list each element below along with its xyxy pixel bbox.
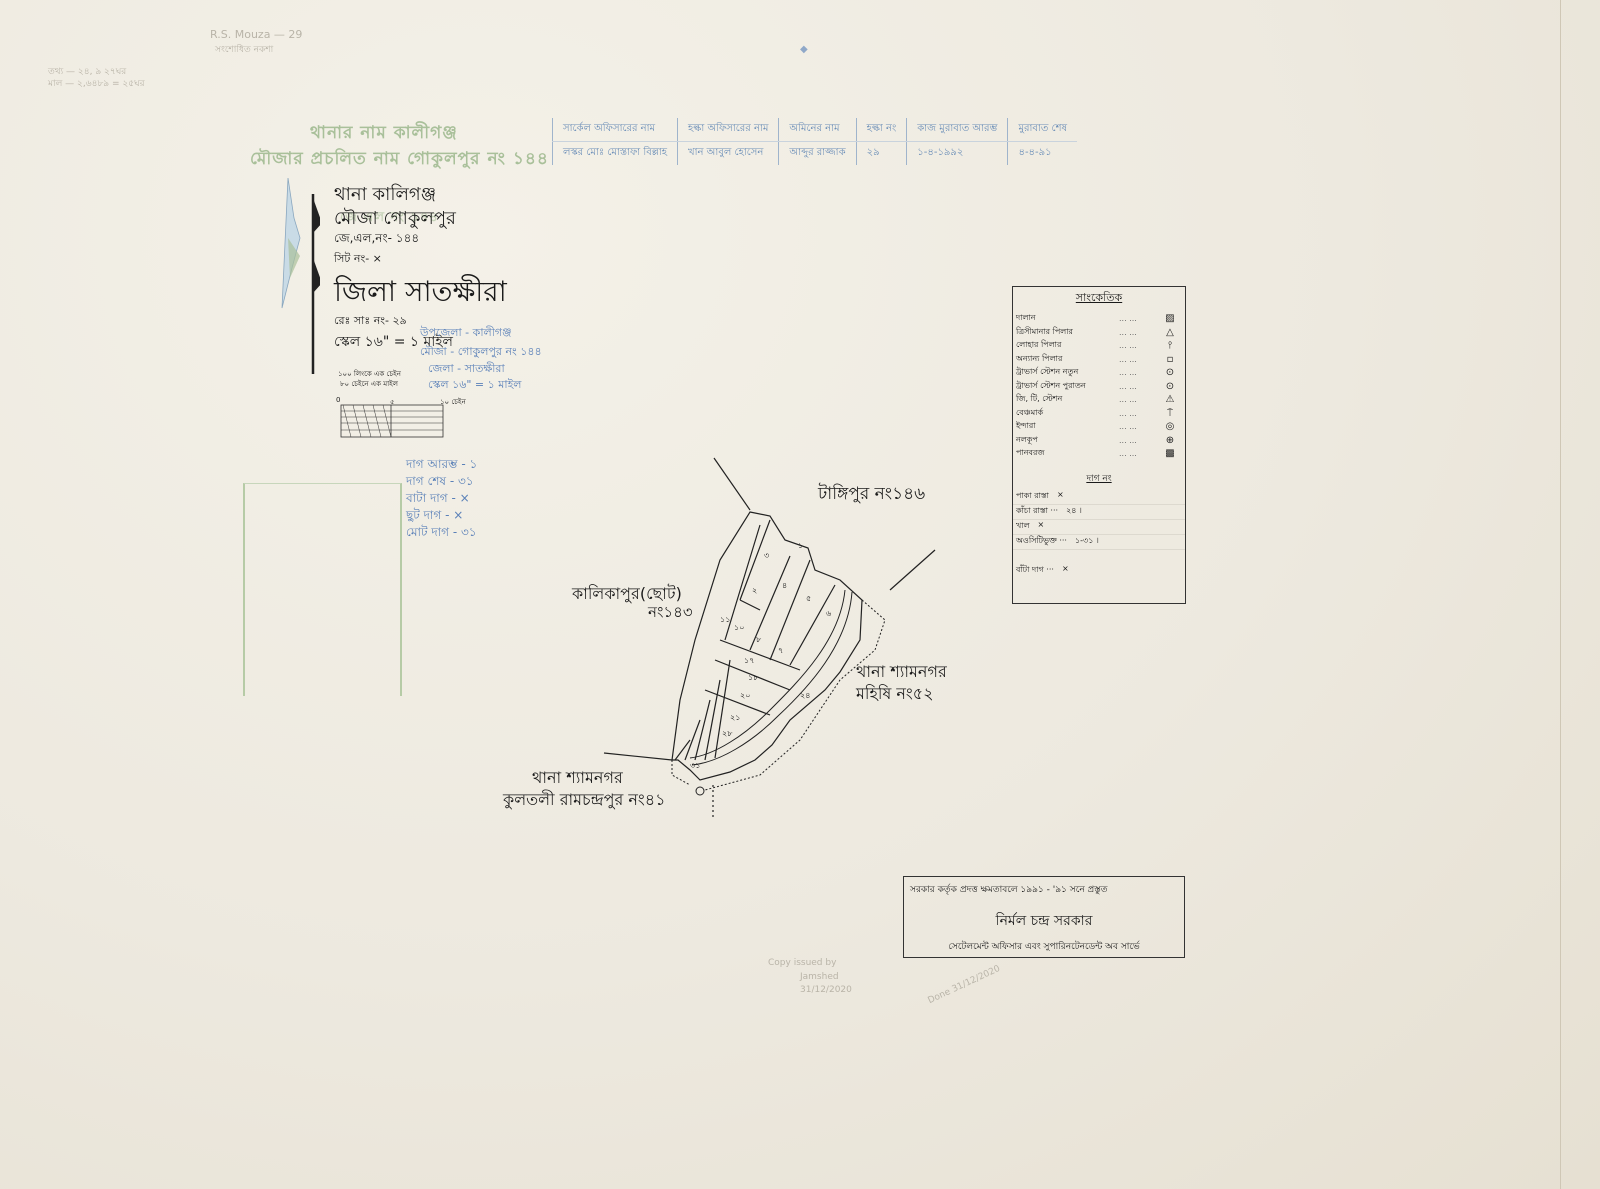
plot-number: ১১ <box>720 614 730 627</box>
legend-item-benchmark: বেঞ্চমার্ক... ...⍑ <box>1013 407 1185 421</box>
label-west-mouza-name: কালিকাপুর(ছোট) <box>572 584 682 604</box>
betel-garden-icon: ▩ <box>1159 448 1181 459</box>
plot-number: ২৪ <box>800 690 810 703</box>
plot-number: ১৭ <box>744 655 754 668</box>
label-east-thana: থানা শ্যামনগর <box>856 662 947 682</box>
dag-row-kacha-road: কাঁচা রাস্তা ···২৪ । <box>1013 505 1185 520</box>
tubewell-icon: ⊕ <box>1159 435 1181 446</box>
legend-item-iron-pillar: লোহার পিলার... ...⫯ <box>1013 339 1185 353</box>
plot-number: ২ <box>752 585 757 598</box>
label-east-mouza: মহিষি নং৫২ <box>856 684 934 704</box>
legend-item-well: ইন্দারা... ...◎ <box>1013 420 1185 434</box>
pencil-note-date: 31/12/2020 <box>800 985 852 995</box>
legend-item-building: দালান... ...▨ <box>1013 312 1185 326</box>
iron-pillar-icon: ⫯ <box>1159 340 1181 351</box>
plot-number: ৫ <box>806 593 811 606</box>
legend-item-tubewell: নলকূপ... ...⊕ <box>1013 434 1185 448</box>
plot-number: ১০ <box>734 622 744 635</box>
plot-number: ২০ <box>740 690 750 703</box>
dag-number-heading: দাগ নং <box>1013 471 1185 486</box>
plot-number: ৩১ <box>690 760 700 773</box>
dag-row-paved-road: পাকা রাস্তা× <box>1013 490 1185 505</box>
well-icon: ◎ <box>1159 421 1181 432</box>
plot-number: ৩ <box>764 550 769 563</box>
plot-number: ৮ <box>756 634 761 647</box>
plot-number: ১ <box>798 540 803 553</box>
officer-signature: নির্মল চন্দ্র সরকার <box>904 909 1184 933</box>
plot-number: ১৮ <box>748 672 758 685</box>
label-west-mouza-no: নং১৪৩ <box>648 602 693 622</box>
triangle-icon: △ <box>1159 327 1181 338</box>
dag-row-split: বাঁটা দাগ ···× <box>1013 564 1185 578</box>
legend-item-traverse-new: ট্রাভার্স স্টেশন নতুন... ...⊙ <box>1013 366 1185 380</box>
plot-number: ৬ <box>826 608 831 621</box>
label-north-mouza: টাঙ্গিপুর নং১৪৬ <box>818 484 925 504</box>
plot-number: ২১ <box>730 712 740 725</box>
plot-number: ৭ <box>778 645 783 658</box>
map-legend: সাংকেতিক দালান... ...▨ ত্রিসীমানার পিলার… <box>1012 286 1186 604</box>
legend-item-betel-garden: পানবরজ... ...▩ <box>1013 447 1185 461</box>
benchmark-icon: ⍑ <box>1159 408 1181 419</box>
certification-statement: সরকার কর্তৃক প্রদত্ত ক্ষমতাবলে ১৯৯১ - '৯… <box>910 882 1108 897</box>
legend-item-traverse-old: ট্রাভার্স স্টেশন পুরাতন... ...⊙ <box>1013 380 1185 394</box>
dag-row-blank <box>1013 550 1185 564</box>
officer-designation: সেটেলমেন্ট অফিসার এবং সুপারিনটেনডেন্ট অব… <box>904 939 1184 954</box>
square-icon: ▫ <box>1159 354 1181 365</box>
legend-item-gt-station: জি, টি, স্টেশন... ...⚠ <box>1013 393 1185 407</box>
dag-row-included: অওসিটিভুক্ত ···১-৩১ । <box>1013 535 1185 550</box>
circle-dot-icon: ⊙ <box>1159 367 1181 378</box>
pencil-note-name: Jamshed <box>800 972 839 982</box>
gt-station-icon: ⚠ <box>1159 394 1181 405</box>
legend-item-tri-junction-pillar: ত্রিসীমানার পিলার... ...△ <box>1013 326 1185 340</box>
legend-item-other-pillar: অন্যান্য পিলার... ...▫ <box>1013 353 1185 367</box>
pencil-note-copy: Copy issued by <box>768 958 836 968</box>
building-icon: ▨ <box>1159 313 1181 324</box>
label-south-mouza: কুলতলী রামচন্দ্রপুর নং৪১ <box>503 790 666 810</box>
label-south-thana: থানা শ্যামনগর <box>532 768 623 788</box>
legend-title: সাংকেতিক <box>1013 289 1185 308</box>
dag-row-canal: খাল× <box>1013 520 1185 535</box>
plot-number: ৪ <box>782 580 787 593</box>
cadastral-map-drawing <box>0 0 1600 1189</box>
plot-number: ২৮ <box>722 728 732 741</box>
certification-box: সরকার কর্তৃক প্রদত্ত ক্ষমতাবলে ১৯৯১ - '৯… <box>903 876 1185 958</box>
circle-dot-icon: ⊙ <box>1159 381 1181 392</box>
